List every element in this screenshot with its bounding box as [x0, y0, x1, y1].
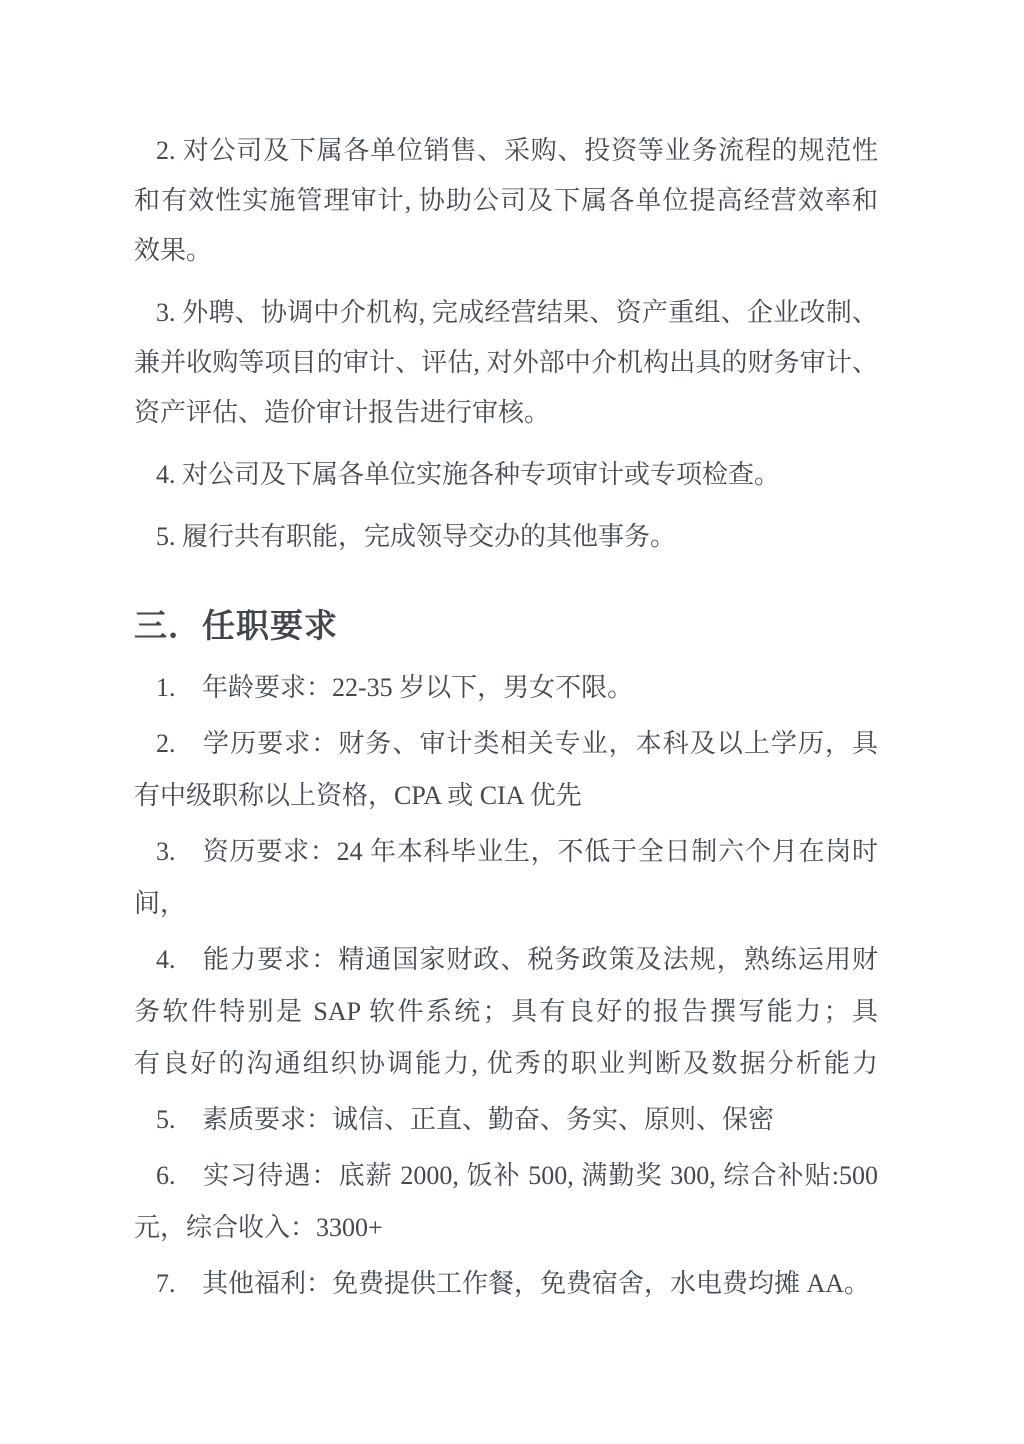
item-number: 3. [156, 288, 182, 338]
requirement-text: 其他福利：免费提供工作餐，免费宿舍，水电费均摊 AA。 [202, 1269, 870, 1298]
requirement-item-5: 5.素质要求：诚信、正直、勤奋、务实、原则、保密 [134, 1094, 878, 1146]
job-duties-section: 2.对公司及下属各单位销售、采购、投资等业务流程的规范性 和有效性实施管理审计,… [134, 126, 878, 562]
item-number: 2. [156, 126, 182, 176]
duty-line: 3.外聘、协调中介机构, 完成经营结果、资产重组、企业改制、 [134, 288, 878, 338]
requirement-line: 有中级职称以上资格，CPA 或 CIA 优先 [134, 770, 878, 822]
duty-item-2: 2.对公司及下属各单位销售、采购、投资等业务流程的规范性 和有效性实施管理审计,… [134, 126, 878, 276]
requirement-item-4: 4.能力要求：精通国家财政、税务政策及法规，熟练运用财 务软件特别是 SAP 软… [134, 934, 878, 1090]
duty-line: 和有效性实施管理审计, 协助公司及下属各单位提高经营效率和 [134, 176, 878, 226]
requirement-line: 有良好的沟通组织协调能力, 优秀的职业判断及数据分析能力 [134, 1038, 878, 1090]
requirement-text: 资历要求：24 年本科毕业生，不低于全日制六个月在岗时 [202, 837, 878, 866]
requirement-line: 6.实习待遇：底薪 2000, 饭补 500, 满勤奖 300, 综合补贴:50… [134, 1150, 878, 1202]
requirement-line: 4.能力要求：精通国家财政、税务政策及法规，熟练运用财 [134, 934, 878, 986]
item-number: 3. [156, 826, 202, 878]
requirement-text: 年龄要求：22-35 岁以下，男女不限。 [202, 673, 633, 702]
item-number: 6. [156, 1150, 202, 1202]
item-number: 2. [156, 718, 202, 770]
requirement-line: 1.年龄要求：22-35 岁以下，男女不限。 [134, 662, 878, 714]
duty-line: 资产评估、造价审计报告进行审核。 [134, 388, 878, 438]
requirement-item-1: 1.年龄要求：22-35 岁以下，男女不限。 [134, 662, 878, 714]
requirement-line: 务软件特别是 SAP 软件系统；具有良好的报告撰写能力；具 [134, 986, 878, 1038]
item-number: 4. [156, 934, 202, 986]
item-number: 5. [156, 1094, 202, 1146]
requirement-line: 5.素质要求：诚信、正直、勤奋、务实、原则、保密 [134, 1094, 878, 1146]
requirement-line: 间， [134, 878, 878, 930]
requirement-text: 实习待遇：底薪 2000, 饭补 500, 满勤奖 300, 综合补贴:500 [202, 1161, 878, 1190]
requirement-item-2: 2.学历要求：财务、审计类相关专业，本科及以上学历，具 有中级职称以上资格，CP… [134, 718, 878, 822]
requirement-line: 7.其他福利：免费提供工作餐，免费宿舍，水电费均摊 AA。 [134, 1258, 878, 1310]
item-number: 7. [156, 1258, 202, 1310]
requirement-item-3: 3.资历要求：24 年本科毕业生，不低于全日制六个月在岗时 间， [134, 826, 878, 930]
requirement-item-6: 6.实习待遇：底薪 2000, 饭补 500, 满勤奖 300, 综合补贴:50… [134, 1150, 878, 1254]
requirement-text: 学历要求：财务、审计类相关专业，本科及以上学历，具 [202, 729, 878, 758]
duty-text: 对公司及下属各单位实施各种专项审计或专项检查。 [182, 460, 780, 489]
duty-item-3: 3.外聘、协调中介机构, 完成经营结果、资产重组、企业改制、 兼并收购等项目的审… [134, 288, 878, 438]
requirement-line: 2.学历要求：财务、审计类相关专业，本科及以上学历，具 [134, 718, 878, 770]
duty-line: 兼并收购等项目的审计、评估, 对外部中介机构出具的财务审计、 [134, 338, 878, 388]
requirement-text: 素质要求：诚信、正直、勤奋、务实、原则、保密 [202, 1105, 774, 1134]
duty-text: 履行共有职能，完成领导交办的其他事务。 [182, 522, 676, 551]
duty-line: 4.对公司及下属各单位实施各种专项审计或专项检查。 [134, 450, 878, 500]
requirement-item-7: 7.其他福利：免费提供工作餐，免费宿舍，水电费均摊 AA。 [134, 1258, 878, 1310]
requirement-line: 元，综合收入：3300+ [134, 1202, 878, 1254]
requirement-line: 3.资历要求：24 年本科毕业生，不低于全日制六个月在岗时 [134, 826, 878, 878]
requirement-text: 能力要求：精通国家财政、税务政策及法规，熟练运用财 [202, 945, 878, 974]
requirements-section: 1.年龄要求：22-35 岁以下，男女不限。 2.学历要求：财务、审计类相关专业… [134, 662, 878, 1310]
duty-text: 对公司及下属各单位销售、采购、投资等业务流程的规范性 [182, 136, 878, 165]
requirements-heading: 三．任职要求 [134, 602, 878, 652]
duty-text: 外聘、协调中介机构, 完成经营结果、资产重组、企业改制、 [182, 298, 878, 327]
duty-item-5: 5.履行共有职能，完成领导交办的其他事务。 [134, 512, 878, 562]
item-number: 4. [156, 450, 182, 500]
duty-line: 5.履行共有职能，完成领导交办的其他事务。 [134, 512, 878, 562]
duty-item-4: 4.对公司及下属各单位实施各种专项审计或专项检查。 [134, 450, 878, 500]
duty-line: 2.对公司及下属各单位销售、采购、投资等业务流程的规范性 [134, 126, 878, 176]
item-number: 5. [156, 512, 182, 562]
duty-line: 效果。 [134, 226, 878, 276]
document-page: 2.对公司及下属各单位销售、采购、投资等业务流程的规范性 和有效性实施管理审计,… [0, 0, 1024, 1444]
item-number: 1. [156, 662, 202, 714]
